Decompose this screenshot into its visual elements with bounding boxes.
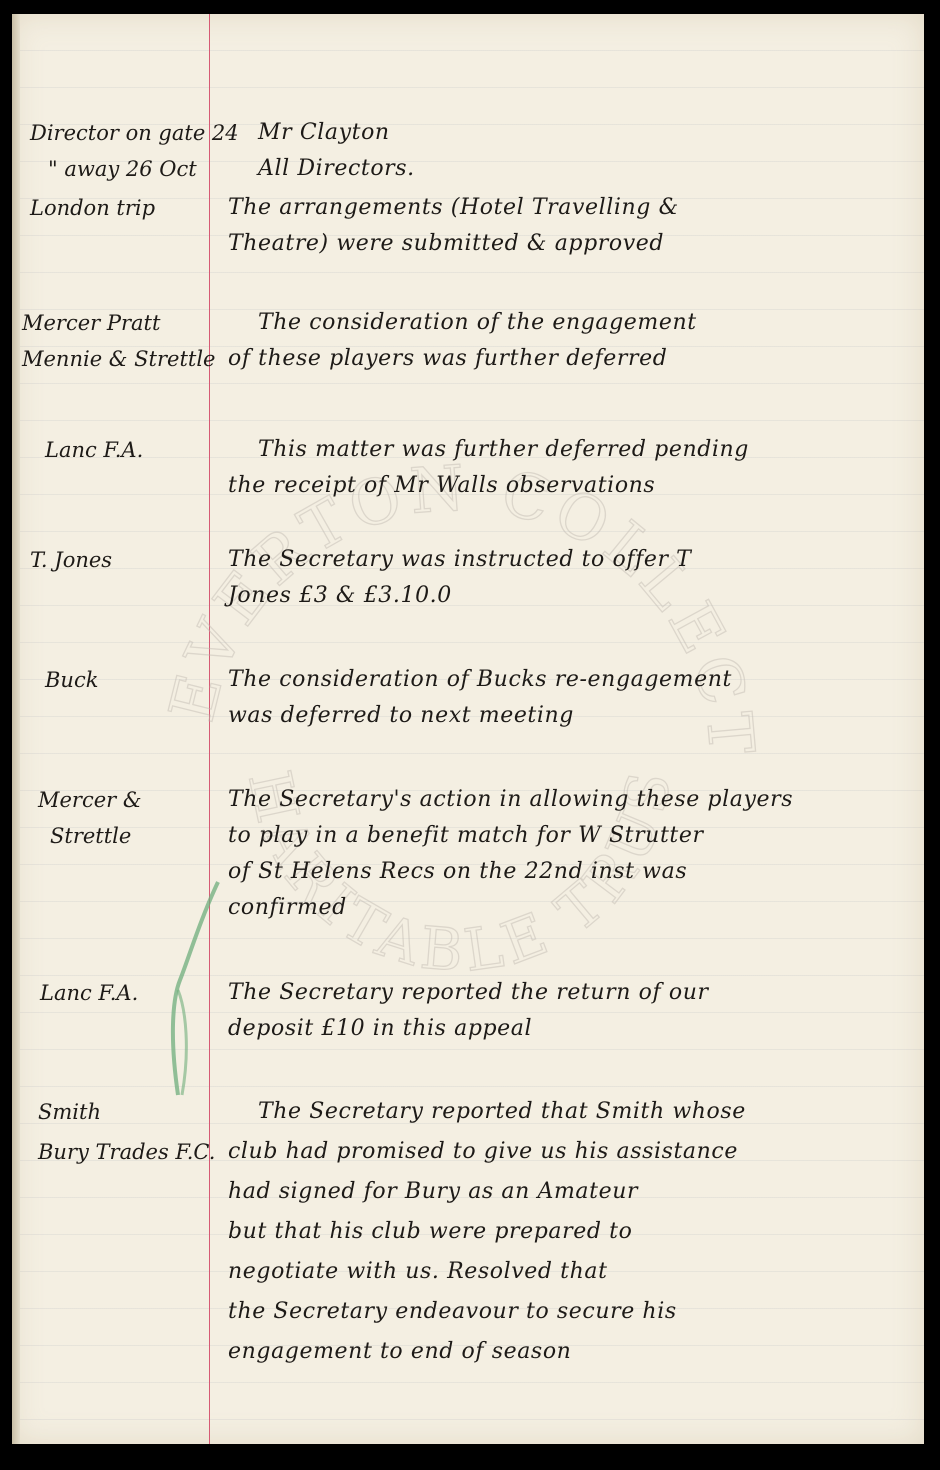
label-line: Bury Trades F.C. [38,1134,216,1170]
margin-rule [209,14,210,1444]
text-line: The Secretary reported that Smith whose [228,1094,918,1130]
label-line: Buck [45,662,223,698]
text-line: Theatre) were submitted & approved [228,226,918,262]
label-line: Smith [38,1094,216,1130]
text-line: had signed for Bury as an Amateur [228,1174,918,1210]
page-binding-edge [12,14,20,1444]
entry-text-directors: Mr Clayton All Directors. [228,115,918,187]
entry-text-lanc-fa-1: This matter was further deferred pending… [228,432,918,504]
label-line: Director on gate 24 [30,115,208,151]
text-line: This matter was further deferred pending [228,432,918,468]
text-line: to play in a benefit match for W Strutte… [228,818,918,854]
entry-label-mercer-pratt: Mercer Pratt Mennie & Strettle [22,305,200,377]
text-line: confirmed [228,890,918,926]
text-line: The Secretary reported the return of our [228,975,918,1011]
entry-label-smith: Smith Bury Trades F.C. [38,1094,216,1170]
text-line: of St Helens Recs on the 22nd inst was [228,854,918,890]
entry-label-lanc-fa-2: Lanc F.A. [40,975,218,1011]
entry-text-mercer-pratt: The consideration of the engagement of t… [228,305,918,377]
entry-label-buck: Buck [45,662,223,698]
label-line: Mercer Pratt [22,305,200,341]
text-line: deposit £10 in this appeal [228,1011,918,1047]
text-line: but that his club were prepared to [228,1214,918,1250]
entry-text-lanc-fa-2: The Secretary reported the return of our… [228,975,918,1047]
text-line: The consideration of Bucks re-engagement [228,662,918,698]
entry-text-buck: The consideration of Bucks re-engagement… [228,662,918,734]
text-line: club had promised to give us his assista… [228,1134,918,1170]
entry-label-mercer-strettle: Mercer & Strettle [38,782,216,854]
text-line: Jones £3 & £3.10.0 [228,578,918,614]
entry-label-t-jones: T. Jones [30,542,208,578]
label-line: T. Jones [30,542,208,578]
entry-text-london-trip: The arrangements (Hotel Travelling & The… [228,190,918,262]
text-line: was deferred to next meeting [228,698,918,734]
label-line: London trip [30,190,208,226]
text-line: Mr Clayton [228,115,918,151]
text-line: The arrangements (Hotel Travelling & [228,190,918,226]
entry-label-london-trip: London trip [30,190,208,226]
text-line: the receipt of Mr Walls observations [228,468,918,504]
entry-text-smith: The Secretary reported that Smith whose … [228,1094,918,1370]
text-line: The Secretary was instructed to offer T [228,542,918,578]
entry-label-lanc-fa-1: Lanc F.A. [45,432,223,468]
label-line: Mercer & [38,782,216,818]
text-line: negotiate with us. Resolved that [228,1254,918,1290]
label-line: Mennie & Strettle [22,341,200,377]
label-line: " away 26 Oct [30,151,208,187]
entry-label-directors: Director on gate 24 " away 26 Oct [30,115,208,187]
text-line: of these players was further deferred [228,341,918,377]
text-line: the Secretary endeavour to secure his [228,1294,918,1330]
text-line: All Directors. [228,151,918,187]
label-line: Strettle [38,818,216,854]
label-line: Lanc F.A. [40,975,218,1011]
text-line: The consideration of the engagement [228,305,918,341]
text-line: engagement to end of season [228,1334,918,1370]
entry-text-t-jones: The Secretary was instructed to offer T … [228,542,918,614]
text-line: The Secretary's action in allowing these… [228,782,918,818]
entry-text-mercer-strettle: The Secretary's action in allowing these… [228,782,918,926]
label-line: Lanc F.A. [45,432,223,468]
